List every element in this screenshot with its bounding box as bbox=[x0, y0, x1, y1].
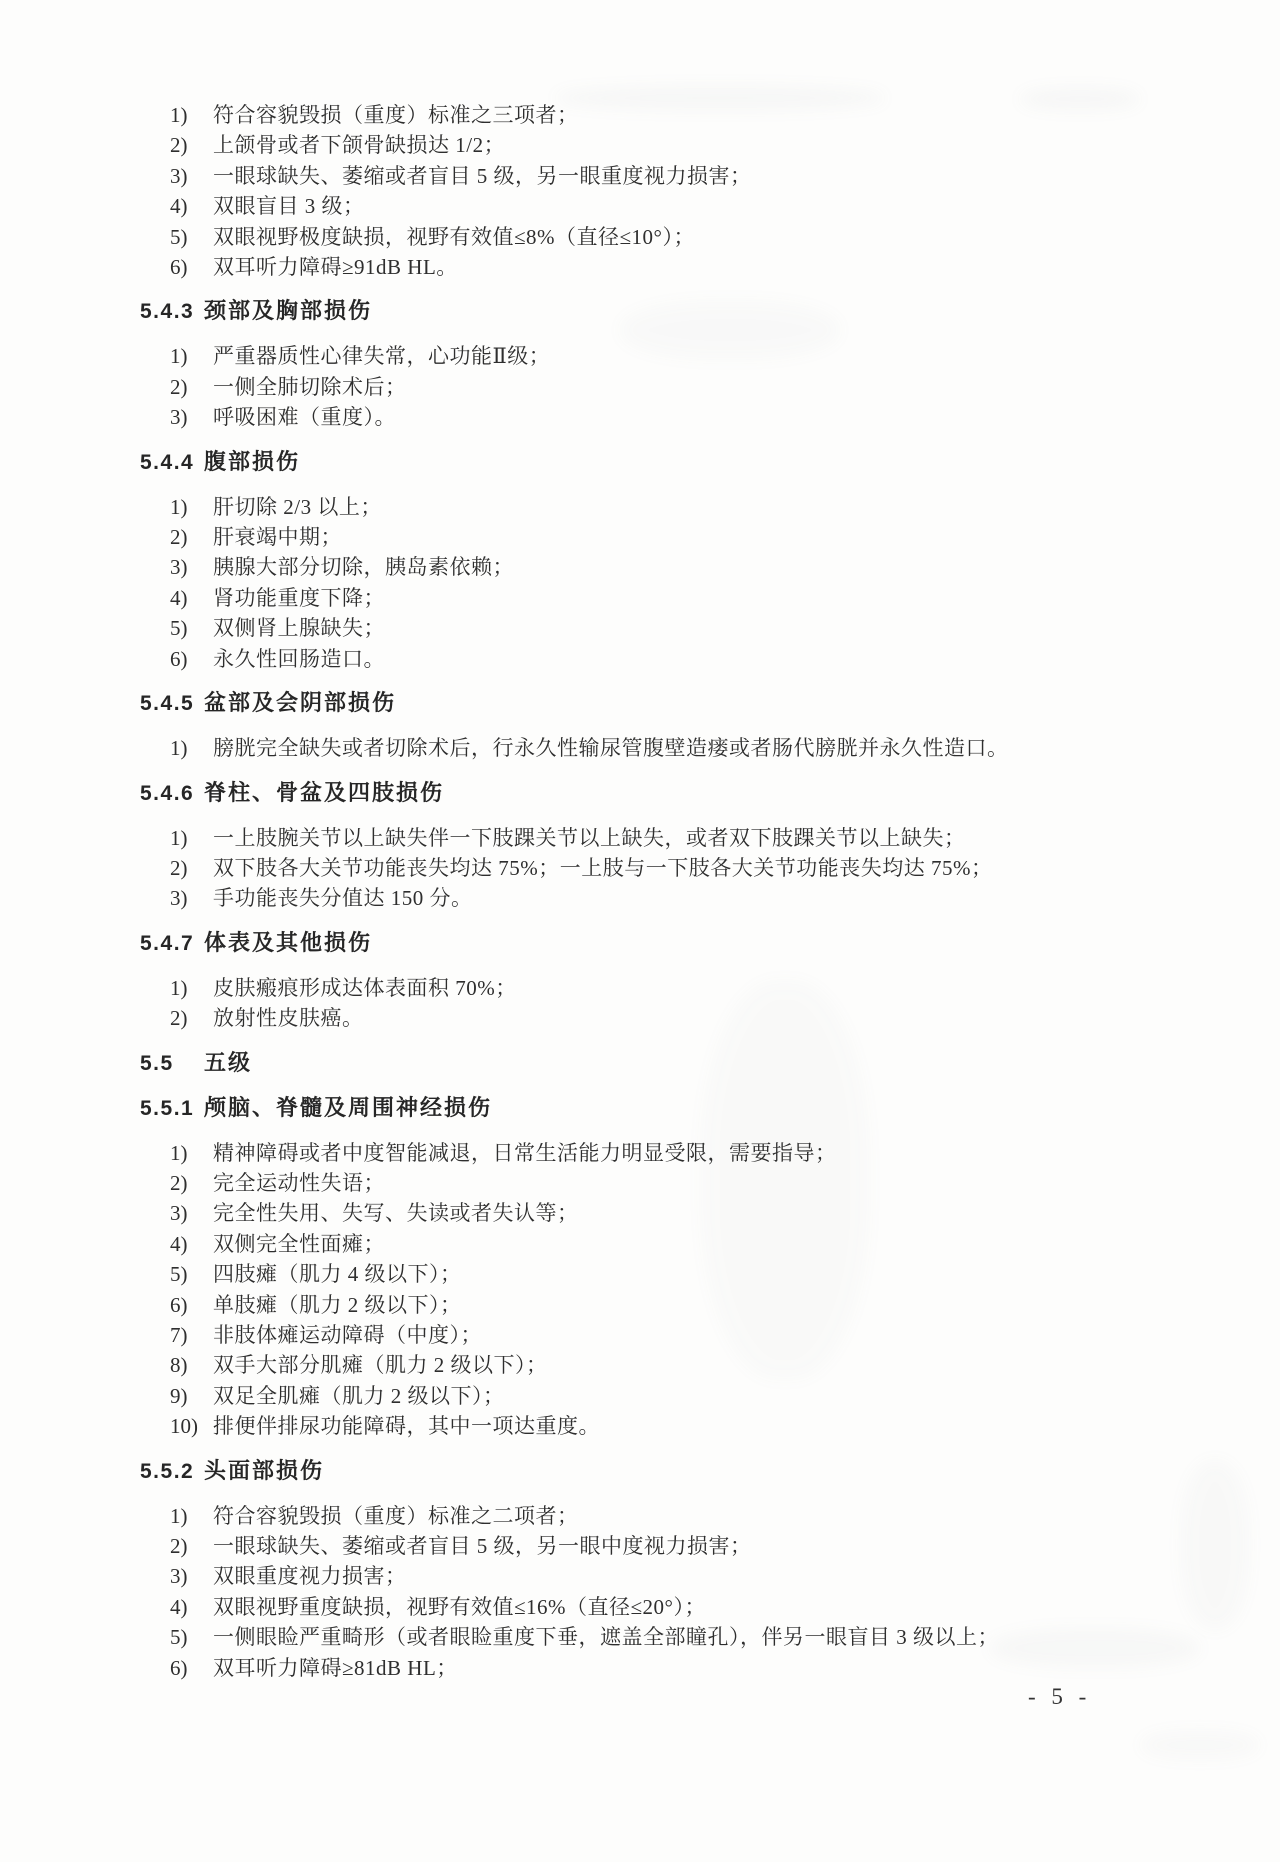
list-item-number: 2) bbox=[140, 130, 213, 160]
list-item: 4)双眼盲目 3 级； bbox=[140, 191, 1224, 221]
document-body: 1)符合容貌毁损（重度）标准之三项者；2)上颌骨或者下颌骨缺损达 1/2；3)一… bbox=[0, 0, 1280, 1683]
section-number: 5.4.3 bbox=[140, 297, 204, 327]
section-title: 头面部损伤 bbox=[204, 1456, 324, 1486]
list-item-number: 1) bbox=[140, 973, 213, 1003]
list-item: 3)一眼球缺失、萎缩或者盲目 5 级，另一眼重度视力损害； bbox=[140, 161, 1224, 191]
list-item: 5)四肢瘫（肌力 4 级以下）； bbox=[140, 1259, 1224, 1289]
section-title: 颅脑、脊髓及周围神经损伤 bbox=[204, 1093, 492, 1123]
list-item: 1)一上肢腕关节以上缺失伴一下肢踝关节以上缺失，或者双下肢踝关节以上缺失； bbox=[140, 823, 1224, 853]
section-heading: 5.4.5盆部及会阴部损伤 bbox=[140, 688, 1224, 719]
list-item: 1)符合容貌毁损（重度）标准之二项者； bbox=[140, 1501, 1224, 1531]
list-item-text: 膀胱完全缺失或者切除术后，行永久性输尿管腹壁造瘘或者肠代膀胱并永久性造口。 bbox=[213, 733, 1009, 763]
list-item-number: 1) bbox=[140, 492, 213, 522]
list-item: 1)符合容貌毁损（重度）标准之三项者； bbox=[140, 100, 1224, 130]
list-item-text: 永久性回肠造口。 bbox=[213, 644, 385, 674]
list-item-number: 5) bbox=[140, 1259, 213, 1289]
list-item-number: 5) bbox=[140, 1622, 213, 1652]
section-heading: 5.4.4腹部损伤 bbox=[140, 447, 1224, 478]
list-item-text: 四肢瘫（肌力 4 级以下）； bbox=[213, 1259, 462, 1289]
list-item: 5)双侧肾上腺缺失； bbox=[140, 613, 1224, 643]
list-item-text: 手功能丧失分值达 150 分。 bbox=[213, 883, 473, 913]
list-item-number: 2) bbox=[140, 1531, 213, 1561]
list-item-number: 3) bbox=[140, 552, 213, 582]
list-item: 2)完全运动性失语； bbox=[140, 1168, 1224, 1198]
list-item-text: 排便伴排尿功能障碍，其中一项达重度。 bbox=[213, 1411, 600, 1441]
list-item: 4)肾功能重度下降； bbox=[140, 583, 1224, 613]
list-item-number: 6) bbox=[140, 1653, 213, 1683]
list-item-text: 双侧完全性面瘫； bbox=[213, 1229, 385, 1259]
list-item: 2)一眼球缺失、萎缩或者盲目 5 级，另一眼中度视力损害； bbox=[140, 1531, 1224, 1561]
section-title: 盆部及会阴部损伤 bbox=[204, 688, 396, 718]
list-item-number: 6) bbox=[140, 1290, 213, 1320]
list-item-text: 双眼视野重度缺损，视野有效值≤16%（直径≤20°）； bbox=[213, 1592, 706, 1622]
list-item: 6)双耳听力障碍≥81dB HL； bbox=[140, 1653, 1224, 1683]
list-item-number: 1) bbox=[140, 823, 213, 853]
list-item-number: 2) bbox=[140, 1003, 213, 1033]
list-item: 9)双足全肌瘫（肌力 2 级以下）； bbox=[140, 1381, 1224, 1411]
list-item-number: 6) bbox=[140, 252, 213, 282]
list-item: 3)手功能丧失分值达 150 分。 bbox=[140, 883, 1224, 913]
list-item-number: 4) bbox=[140, 1592, 213, 1622]
list-item: 3)呼吸困难（重度）。 bbox=[140, 402, 1224, 432]
list-item-text: 双手大部分肌瘫（肌力 2 级以下）； bbox=[213, 1350, 548, 1380]
list-item: 5)双眼视野极度缺损，视野有效值≤8%（直径≤10°）； bbox=[140, 222, 1224, 252]
list-item-text: 双耳听力障碍≥91dB HL。 bbox=[213, 252, 458, 282]
list-item-number: 10) bbox=[140, 1411, 213, 1441]
list-item: 4)双眼视野重度缺损，视野有效值≤16%（直径≤20°）； bbox=[140, 1592, 1224, 1622]
list-item: 8)双手大部分肌瘫（肌力 2 级以下）； bbox=[140, 1350, 1224, 1380]
list-item-text: 单肢瘫（肌力 2 级以下）； bbox=[213, 1290, 462, 1320]
section-heading: 5.4.3颈部及胸部损伤 bbox=[140, 296, 1224, 327]
list-item-number: 1) bbox=[140, 341, 213, 371]
list-item-number: 2) bbox=[140, 1168, 213, 1198]
list-item-number: 1) bbox=[140, 1501, 213, 1531]
list-item-number: 3) bbox=[140, 1198, 213, 1228]
list-item: 5)一侧眼睑严重畸形（或者眼睑重度下垂，遮盖全部瞳孔），伴另一眼盲目 3 级以上… bbox=[140, 1622, 1224, 1652]
section-title: 腹部损伤 bbox=[204, 447, 300, 477]
section-title: 脊柱、骨盆及四肢损伤 bbox=[204, 778, 444, 808]
section-heading: 5.5.2头面部损伤 bbox=[140, 1456, 1224, 1487]
list-item-text: 皮肤瘢痕形成达体表面积 70%； bbox=[213, 973, 517, 1003]
list-item-text: 一上肢腕关节以上缺失伴一下肢踝关节以上缺失，或者双下肢踝关节以上缺失； bbox=[213, 823, 966, 853]
list-item: 3)胰腺大部分切除，胰岛素依赖； bbox=[140, 552, 1224, 582]
list-item-text: 一侧眼睑严重畸形（或者眼睑重度下垂，遮盖全部瞳孔），伴另一眼盲目 3 级以上； bbox=[213, 1622, 999, 1652]
list-item: 10)排便伴排尿功能障碍，其中一项达重度。 bbox=[140, 1411, 1224, 1441]
page-number: - 5 - bbox=[1028, 1684, 1091, 1710]
section-number: 5.4.6 bbox=[140, 779, 204, 809]
list-item-number: 3) bbox=[140, 883, 213, 913]
list-item: 6)永久性回肠造口。 bbox=[140, 644, 1224, 674]
section-heading: 5.4.7体表及其他损伤 bbox=[140, 928, 1224, 959]
section-heading: 5.5.1颅脑、脊髓及周围神经损伤 bbox=[140, 1093, 1224, 1124]
section-number: 5.5.2 bbox=[140, 1457, 204, 1487]
list-item-number: 3) bbox=[140, 402, 213, 432]
list-item-text: 放射性皮肤癌。 bbox=[213, 1003, 364, 1033]
list-item-text: 呼吸困难（重度）。 bbox=[213, 402, 396, 432]
list-item: 1)膀胱完全缺失或者切除术后，行永久性输尿管腹壁造瘘或者肠代膀胱并永久性造口。 bbox=[140, 733, 1224, 763]
list-item-text: 精神障碍或者中度智能减退，日常生活能力明显受限，需要指导； bbox=[213, 1138, 837, 1168]
section-number: 5.4.7 bbox=[140, 929, 204, 959]
list-item: 3)完全性失用、失写、失读或者失认等； bbox=[140, 1198, 1224, 1228]
list-item: 6)单肢瘫（肌力 2 级以下）； bbox=[140, 1290, 1224, 1320]
list-item: 2)肝衰竭中期； bbox=[140, 522, 1224, 552]
list-item: 2)放射性皮肤癌。 bbox=[140, 1003, 1224, 1033]
list-item-text: 胰腺大部分切除，胰岛素依赖； bbox=[213, 552, 514, 582]
list-item-text: 双足全肌瘫（肌力 2 级以下）； bbox=[213, 1381, 505, 1411]
list-item-number: 1) bbox=[140, 1138, 213, 1168]
section-title: 五级 bbox=[204, 1048, 252, 1078]
list-item-text: 严重器质性心律失常，心功能Ⅱ级； bbox=[213, 341, 550, 371]
list-item-text: 完全运动性失语； bbox=[213, 1168, 385, 1198]
list-item-number: 1) bbox=[140, 733, 213, 763]
list-item-text: 双眼重度视力损害； bbox=[213, 1561, 407, 1591]
list-item: 6)双耳听力障碍≥91dB HL。 bbox=[140, 252, 1224, 282]
list-item-number: 1) bbox=[140, 100, 213, 130]
list-item-number: 9) bbox=[140, 1381, 213, 1411]
list-item-text: 完全性失用、失写、失读或者失认等； bbox=[213, 1198, 579, 1228]
list-item-number: 4) bbox=[140, 1229, 213, 1259]
list-item-number: 3) bbox=[140, 1561, 213, 1591]
list-item-number: 3) bbox=[140, 161, 213, 191]
list-item-number: 6) bbox=[140, 644, 213, 674]
list-item-number: 7) bbox=[140, 1320, 213, 1350]
list-item-number: 4) bbox=[140, 191, 213, 221]
list-item-text: 一眼球缺失、萎缩或者盲目 5 级，另一眼中度视力损害； bbox=[213, 1531, 752, 1561]
list-item-text: 符合容貌毁损（重度）标准之三项者； bbox=[213, 100, 579, 130]
list-item: 2)一侧全肺切除术后； bbox=[140, 372, 1224, 402]
section-title: 体表及其他损伤 bbox=[204, 928, 372, 958]
list-item: 1)肝切除 2/3 以上； bbox=[140, 492, 1224, 522]
list-item-number: 2) bbox=[140, 522, 213, 552]
list-item-text: 肾功能重度下降； bbox=[213, 583, 385, 613]
scanned-document-page: 1)符合容貌毁损（重度）标准之三项者；2)上颌骨或者下颌骨缺损达 1/2；3)一… bbox=[0, 0, 1280, 1862]
list-item-text: 双侧肾上腺缺失； bbox=[213, 613, 385, 643]
list-item: 1)精神障碍或者中度智能减退，日常生活能力明显受限，需要指导； bbox=[140, 1138, 1224, 1168]
list-item-number: 5) bbox=[140, 222, 213, 252]
section-number: 5.4.5 bbox=[140, 689, 204, 719]
section-number: 5.5 bbox=[140, 1049, 204, 1079]
section-number: 5.4.4 bbox=[140, 448, 204, 478]
list-item-number: 5) bbox=[140, 613, 213, 643]
list-item: 3)双眼重度视力损害； bbox=[140, 1561, 1224, 1591]
list-item-number: 8) bbox=[140, 1350, 213, 1380]
list-item-number: 2) bbox=[140, 372, 213, 402]
list-item-text: 一侧全肺切除术后； bbox=[213, 372, 407, 402]
section-heading: 5.4.6脊柱、骨盆及四肢损伤 bbox=[140, 778, 1224, 809]
list-item-text: 双下肢各大关节功能丧失均达 75%；一上肢与一下肢各大关节功能丧失均达 75%； bbox=[213, 853, 992, 883]
list-item-text: 肝衰竭中期； bbox=[213, 522, 342, 552]
list-item: 2)双下肢各大关节功能丧失均达 75%；一上肢与一下肢各大关节功能丧失均达 75… bbox=[140, 853, 1224, 883]
list-item-text: 非肢体瘫运动障碍（中度）； bbox=[213, 1320, 482, 1350]
scan-smudge bbox=[1140, 1730, 1260, 1760]
list-item-number: 2) bbox=[140, 853, 213, 883]
list-item-text: 符合容貌毁损（重度）标准之二项者； bbox=[213, 1501, 579, 1531]
section-title: 颈部及胸部损伤 bbox=[204, 296, 372, 326]
list-item: 1)皮肤瘢痕形成达体表面积 70%； bbox=[140, 973, 1224, 1003]
list-item-number: 4) bbox=[140, 583, 213, 613]
section-heading: 5.5五级 bbox=[140, 1048, 1224, 1079]
list-item-text: 一眼球缺失、萎缩或者盲目 5 级，另一眼重度视力损害； bbox=[213, 161, 752, 191]
list-item-text: 双眼视野极度缺损，视野有效值≤8%（直径≤10°）； bbox=[213, 222, 695, 252]
list-item-text: 双眼盲目 3 级； bbox=[213, 191, 365, 221]
list-item: 7)非肢体瘫运动障碍（中度）； bbox=[140, 1320, 1224, 1350]
section-number: 5.5.1 bbox=[140, 1094, 204, 1124]
list-item: 4)双侧完全性面瘫； bbox=[140, 1229, 1224, 1259]
list-item-text: 肝切除 2/3 以上； bbox=[213, 492, 382, 522]
list-item: 2)上颌骨或者下颌骨缺损达 1/2； bbox=[140, 130, 1224, 160]
list-item: 1)严重器质性心律失常，心功能Ⅱ级； bbox=[140, 341, 1224, 371]
list-item-text: 双耳听力障碍≥81dB HL； bbox=[213, 1653, 458, 1683]
list-item-text: 上颌骨或者下颌骨缺损达 1/2； bbox=[213, 130, 505, 160]
